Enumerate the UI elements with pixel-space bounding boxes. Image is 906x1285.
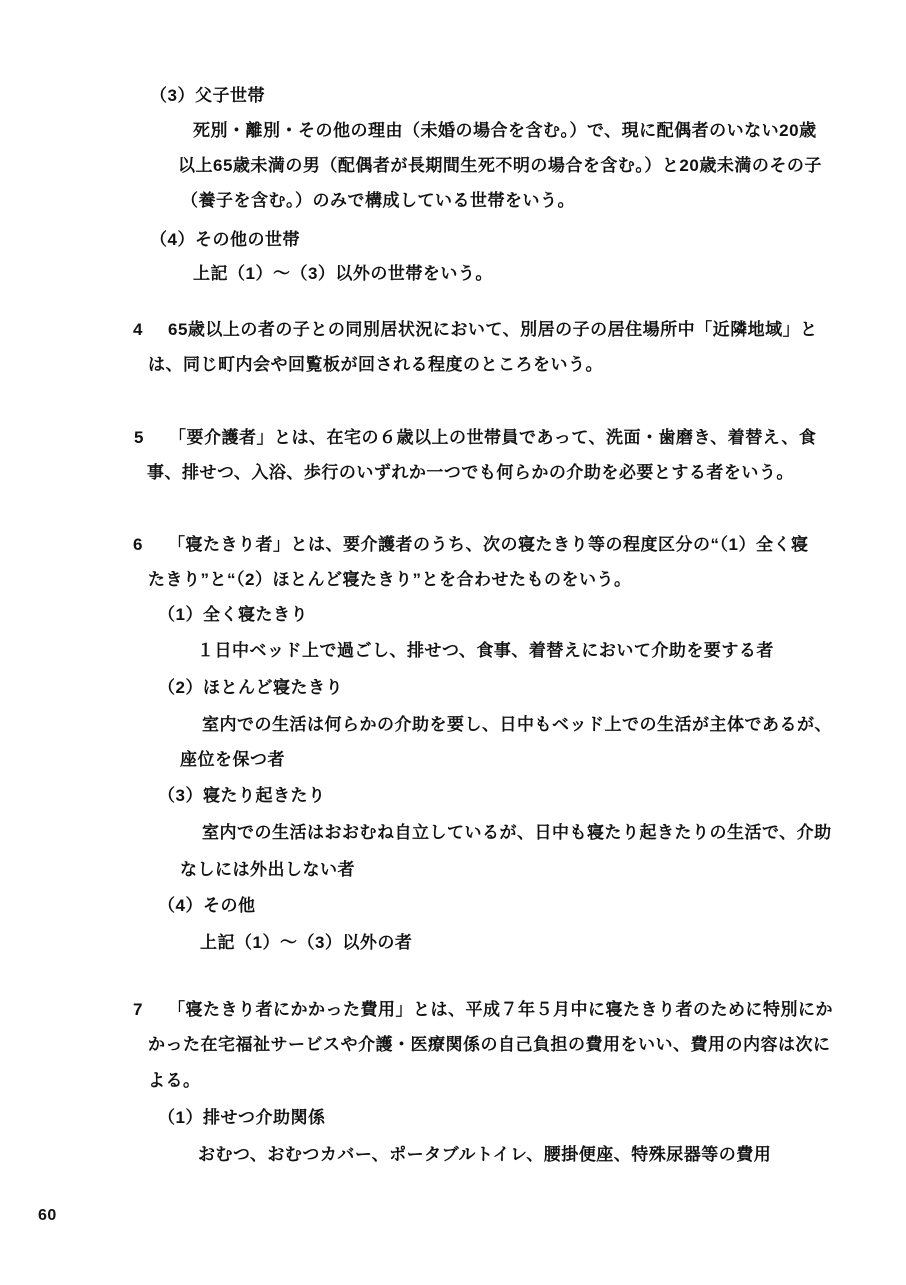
note4-line1: 465歳以上の者の子との同別居状況において、別居の子の居住場所中「近隣地域」と [133, 319, 818, 341]
note6-sub4-body-line1: 上記（1）～（3）以外の者 [200, 932, 412, 954]
note6-number: 6 [133, 534, 168, 556]
note7-line3: よる。 [148, 1070, 201, 1092]
document-page: （3）父子世帯 死別・離別・その他の理由（未婚の場合を含む。）で、現に配偶者のい… [0, 0, 906, 1285]
note6-sub3-body-line1: 室内での生活はおおむね自立しているが、日中も寝たり起きたりの生活で、介助 [202, 822, 832, 844]
household-item4-heading: （4）その他の世帯 [150, 229, 300, 251]
note6-sub2-body-line1: 室内での生活は何らかの介助を要し、日中もベッド上での生活が主体であるが、 [202, 714, 832, 736]
household-item4-body-line1: 上記（1）～（3）以外の世帯をいう。 [193, 263, 493, 285]
note5-line2: 事、排せつ、入浴、歩行のいずれか一つでも何らかの介助を必要とする者をいう。 [147, 462, 794, 484]
note6-sub4-heading: （4）その他 [158, 895, 255, 917]
note6-sub3-heading: （3）寝たり起きたり [158, 785, 325, 807]
note6-sub2-heading: （2）ほとんど寝たきり [158, 677, 343, 699]
note7-line2: かった在宅福祉サービスや介護・医療関係の自己負担の費用をいい、費用の内容は次に [148, 1034, 831, 1056]
household-item3-body-line3: （養子を含む。）のみで構成している世帯をいう。 [181, 190, 575, 212]
note6-text-line1: 「寝たきり者」とは、要介護者のうち、次の寝たきり等の程度区分の“（1）全く寝 [168, 535, 808, 554]
note4-line2: は、同じ町内会や回覧板が回される程度のところをいう。 [148, 354, 603, 376]
note6-sub1-heading: （1）全く寝たきり [158, 604, 308, 626]
note6-sub2-body-line2: 座位を保つ者 [180, 749, 285, 771]
household-item3-body-line1: 死別・離別・その他の理由（未婚の場合を含む。）で、現に配偶者のいない20歳 [193, 120, 817, 142]
note5-text-line1: 「要介護者」とは、在宅の６歳以上の世帯員であって、洗面・歯磨き、着替え、食 [169, 428, 816, 447]
page-number: 60 [38, 1207, 57, 1225]
note6-sub3-body-line2: なしには外出しない者 [180, 859, 355, 881]
household-item3-body-line2: 以上65歳未満の男（配偶者が長期間生死不明の場合を含む。）と20歳未満のその子 [178, 155, 822, 177]
note7-text-line1: 「寝たきり者にかかった費用」とは、平成７年５月中に寝たきり者のために特別にか [168, 1000, 833, 1019]
note5-line1: 5「要介護者」とは、在宅の６歳以上の世帯員であって、洗面・歯磨き、着替え、食 [134, 427, 816, 449]
household-item3-heading: （3）父子世帯 [150, 85, 265, 107]
note4-text-line1: 65歳以上の者の子との同別居状況において、別居の子の居住場所中「近隣地域」と [168, 320, 818, 339]
note4-number: 4 [133, 319, 168, 341]
note7-sub1-heading: （1）排せつ介助関係 [158, 1107, 325, 1129]
note7-line1: 7「寝たきり者にかかった費用」とは、平成７年５月中に寝たきり者のために特別にか [133, 999, 833, 1021]
note7-number: 7 [133, 999, 168, 1021]
note7-sub1-body-line1: おむつ、おむつカバー、ポータブルトイレ、腰掛便座、特殊尿器等の費用 [198, 1144, 771, 1166]
note6-sub1-body-line1: １日中ベッド上で過ごし、排せつ、食事、着替えにおいて介助を要する者 [197, 640, 774, 662]
note6-line1: 6「寝たきり者」とは、要介護者のうち、次の寝たきり等の程度区分の“（1）全く寝 [133, 534, 808, 556]
note6-line2: たきり”と“（2）ほとんど寝たきり”とを合わせたものをいう。 [148, 569, 631, 591]
note5-number: 5 [134, 427, 169, 449]
